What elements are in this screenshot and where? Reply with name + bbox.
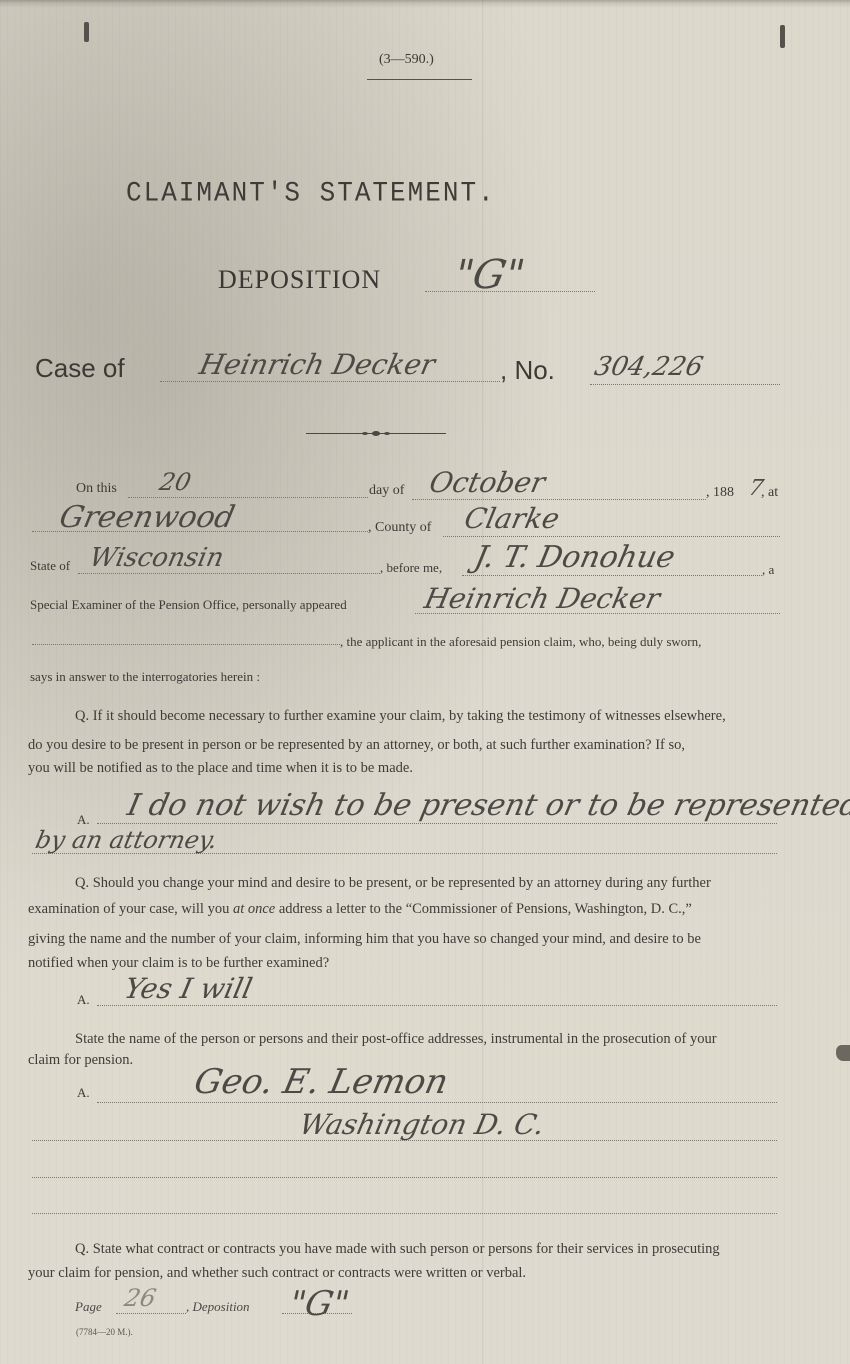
deposition-label: DEPOSITION [218,265,381,295]
on-this-label: On this [76,481,117,497]
footer-page-line [116,1313,186,1314]
county-field: Clarke [461,502,562,535]
question-3-line-1: State the name of the person or persons … [75,1031,717,1048]
answer-1-field-line-1: I do not wish to be present or to be rep… [124,788,850,823]
question-1-line-2: do you desire to be present in person or… [28,737,685,754]
appeared-field: Heinrich Decker [421,582,663,615]
answer-3-line-4 [32,1213,777,1214]
county-of-label: , County of [368,520,431,536]
ornamental-divider [306,431,446,437]
question-2-line-2: examination of your case, will you at on… [28,901,692,918]
answer-3-label: A. [77,1085,90,1101]
staple-mark-right [780,25,785,48]
place-field: Greenwood [56,500,238,535]
day-line [128,497,368,498]
question-2-line-3: giving the name and the number of your c… [28,931,701,948]
deposition-field: "G" [450,252,529,298]
examiner-line [462,575,762,576]
answer-3-line-3 [32,1177,777,1178]
state-of-label: State of [30,558,70,574]
comma-a-label: , a [762,562,774,578]
question-2-emphasis: at once [233,901,275,917]
answer-2-line [97,1005,777,1006]
answer-3-line-1 [97,1102,777,1103]
edge-smudge [836,1045,850,1061]
print-code: (7784—20 M.). [76,1327,133,1337]
question-1-line-1: Q. If it should become necessary to furt… [75,708,726,725]
answer-1-line-1 [97,823,777,824]
case-number-label: , No. [500,355,555,386]
case-name-line [160,381,500,382]
footer-deposition-field: "G" [286,1284,353,1324]
month-line [412,499,706,500]
applicant-text: , the applicant in the aforesaid pension… [340,634,701,650]
applicant-continuation-line [32,644,340,645]
answer-2-label: A. [77,992,90,1008]
at-label: , at [761,485,778,501]
page-title: CLAIMANT'S STATEMENT. [126,177,496,209]
case-number-field: 304,226 [592,352,706,382]
staple-mark-left [84,22,89,42]
answer-1-field-line-2: by an attorney. [33,826,220,854]
form-number-rule [367,79,472,80]
state-field: Wisconsin [87,543,227,573]
question-3-line-2: claim for pension. [28,1052,133,1069]
footer-deposition-label: , Deposition [186,1299,250,1315]
question-1-line-3: you will be notified as to the place and… [28,760,413,777]
state-line [78,573,380,574]
footer-page-label: Page [75,1299,102,1315]
question-4-line-1: Q. State what contract or contracts you … [75,1241,720,1258]
question-2-line-2b: address a letter to the “Commissioner of… [275,901,692,917]
document-page: (3—590.) CLAIMANT'S STATEMENT. DEPOSITIO… [0,0,850,1364]
form-number: (3—590.) [379,52,434,68]
before-me-label: , before me, [380,560,442,576]
day-field: 20 [157,468,193,496]
question-4-line-2: your claim for pension, and whether such… [28,1265,526,1282]
says-text: says in answer to the interrogatories he… [30,669,260,685]
special-examiner-label: Special Examiner of the Pension Office, … [30,597,347,613]
claimant-name-field: Heinrich Decker [196,348,438,381]
footer-page-field: 26 [122,1284,158,1312]
case-number-line [590,384,780,385]
question-2-line-1: Q. Should you change your mind and desir… [75,875,711,892]
county-line [443,536,780,537]
month-field: October [426,466,548,499]
year-prefix: , 188 [706,485,734,501]
day-of-label: day of [369,483,404,499]
case-label: Case of [35,353,125,384]
answer-3-field-line-2: Washington D. C. [296,1108,547,1141]
examiner-field: J. T. Donohue [471,540,678,575]
question-2-line-4: notified when your claim is to be furthe… [28,955,329,972]
answer-3-field-line-1: Geo. E. Lemon [191,1062,452,1102]
answer-2-field: Yes I will [121,972,255,1005]
question-2-line-2a: examination of your case, will you [28,901,233,917]
